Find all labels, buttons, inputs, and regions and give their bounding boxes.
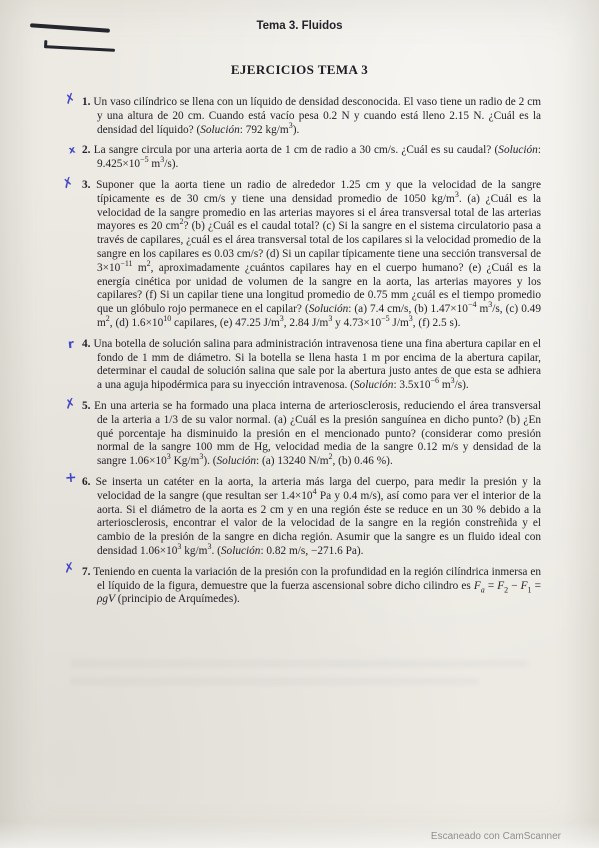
problem-number: 4. bbox=[82, 338, 90, 350]
handwritten-x-mark: ✗ bbox=[61, 175, 76, 192]
problem-number: 6. bbox=[82, 476, 90, 488]
bleed-through-artifact bbox=[70, 678, 479, 685]
handwritten-x-mark: x bbox=[68, 144, 77, 159]
problem-4: r 4. Una botella de solución salina para… bbox=[82, 338, 541, 393]
scanned-document-page: Tema 3. Fluidos EJERCICIOS TEMA 3 ✗ 1. U… bbox=[0, 0, 599, 848]
problem-text: Teniendo en cuenta la variación de la pr… bbox=[93, 566, 541, 606]
problem-number: 7. bbox=[82, 566, 90, 578]
handwritten-x-mark: ✗ bbox=[63, 561, 77, 577]
problem-1: ✗ 1. Un vaso cilíndrico se llena con un … bbox=[82, 96, 541, 137]
camscanner-watermark: Escaneado con CamScanner bbox=[431, 831, 561, 842]
handwritten-x-mark: ✗ bbox=[63, 92, 78, 108]
page-header: Tema 3. Fluidos bbox=[0, 20, 599, 32]
problem-text: Se inserta un catéter en la aorta, la ar… bbox=[96, 476, 541, 557]
problem-text: En una arteria se ha formado una placa i… bbox=[94, 400, 541, 467]
problem-text: Una botella de solución salina para admi… bbox=[93, 338, 541, 391]
problem-number: 3. bbox=[82, 179, 90, 191]
problem-number: 2. bbox=[82, 144, 90, 156]
handwritten-plus-mark: + bbox=[65, 472, 78, 487]
page-title: EJERCICIOS TEMA 3 bbox=[0, 62, 599, 78]
problem-text: La sangre circula por una arteria aorta … bbox=[94, 144, 541, 170]
problem-2: x 2. La sangre circula por una arteria a… bbox=[82, 144, 541, 172]
handwritten-x-mark: ✗ bbox=[63, 397, 77, 413]
problem-number: 1. bbox=[82, 96, 90, 108]
problem-7: ✗ 7. Teniendo en cuenta la variación de … bbox=[82, 566, 541, 607]
problem-text: Suponer que la aorta tiene un radio de a… bbox=[96, 179, 541, 329]
problem-3: ✗ 3. Suponer que la aorta tiene un radio… bbox=[82, 179, 541, 331]
problem-6: + 6. Se inserta un catéter en la aorta, … bbox=[82, 476, 541, 559]
problems-list: ✗ 1. Un vaso cilíndrico se llena con un … bbox=[82, 96, 541, 614]
problem-number: 5. bbox=[82, 400, 90, 412]
problem-text: Un vaso cilíndrico se llena con un líqui… bbox=[93, 96, 541, 136]
handwritten-check-mark: r bbox=[67, 337, 74, 351]
bleed-through-artifact bbox=[70, 660, 529, 667]
problem-5: ✗ 5. En una arteria se ha formado una pl… bbox=[82, 400, 541, 469]
pen-stroke bbox=[45, 45, 115, 52]
